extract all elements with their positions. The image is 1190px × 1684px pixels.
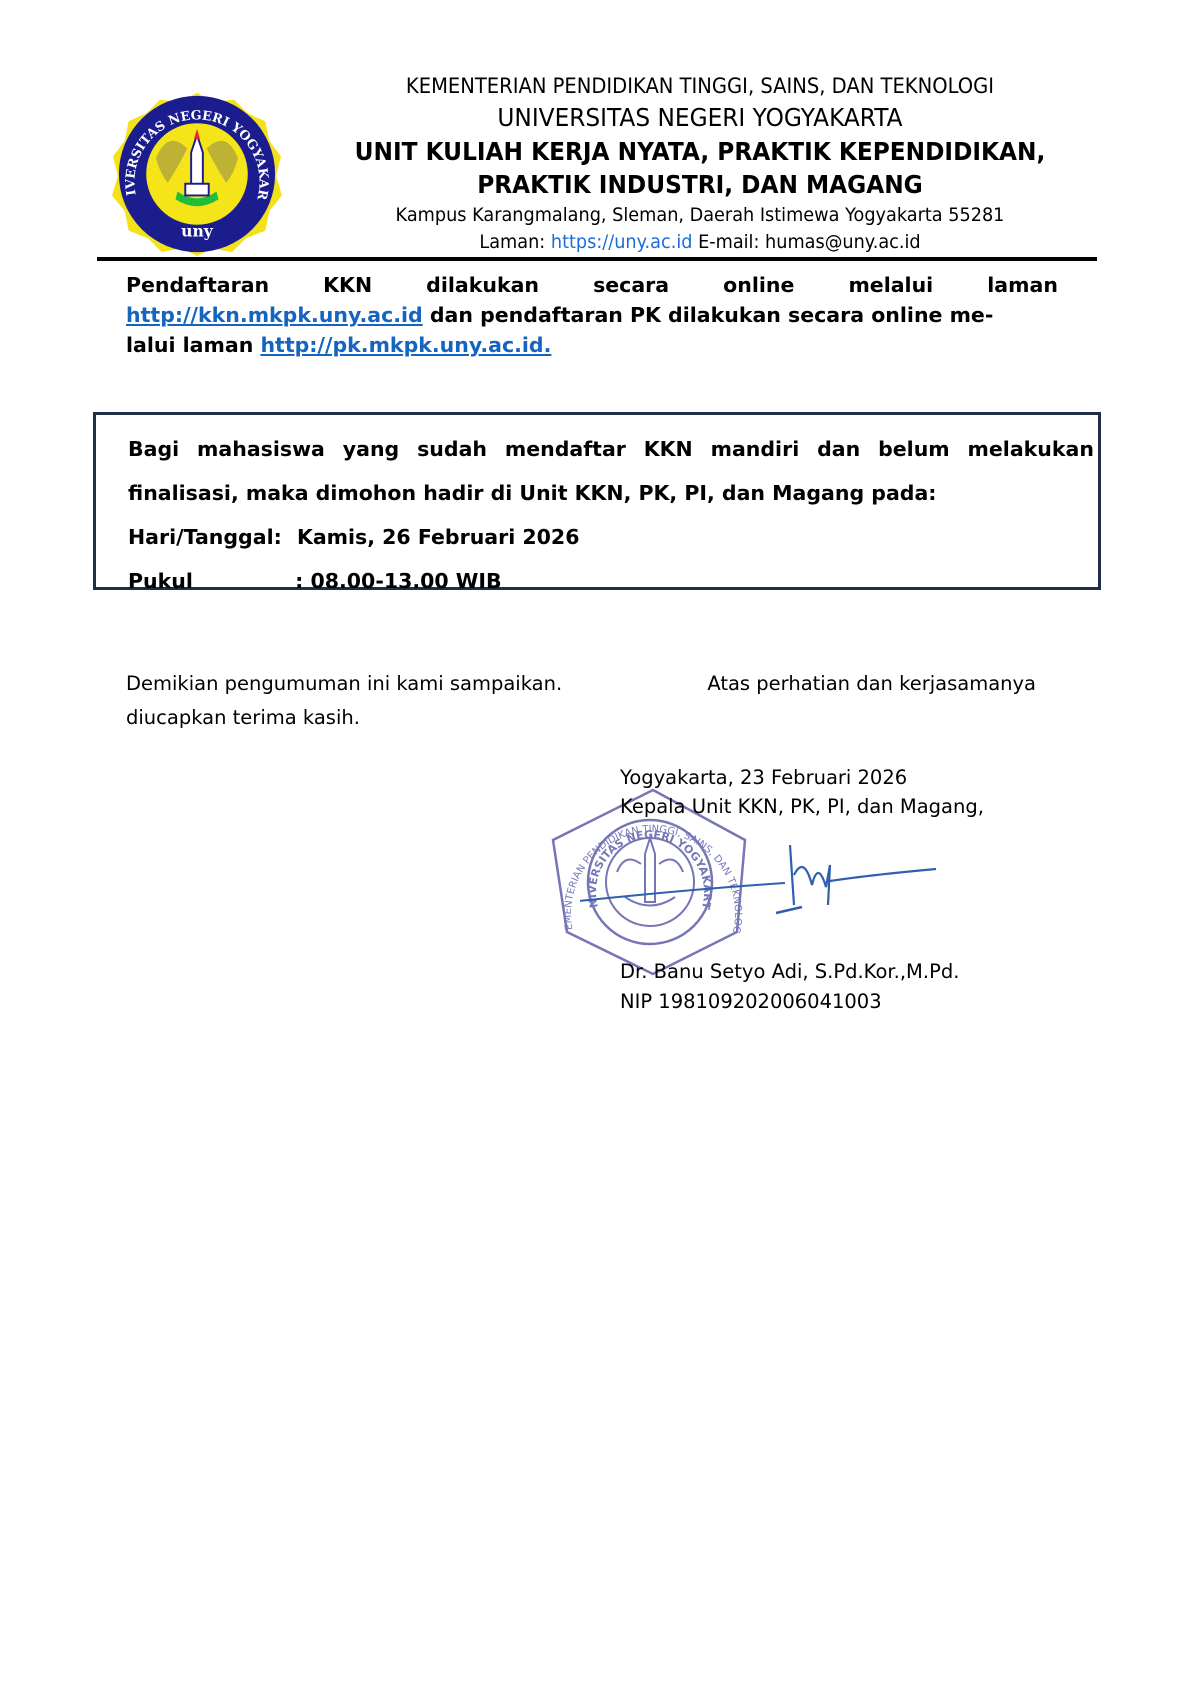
time-value: : 08.00-13.00 WIB — [295, 569, 502, 593]
registration-paragraph: PendaftaranKKNdilakukansecaraonlinemelal… — [126, 270, 1058, 360]
signatory-position: Kepala Unit KKN, PK, PI, dan Magang, — [620, 792, 984, 821]
pk-registration-link[interactable]: http://pk.mkpk.uny.ac.id. — [260, 333, 551, 357]
signatory-name: Dr. Banu Setyo Adi, S.Pd.Kor.,M.Pd. — [620, 957, 959, 987]
registration-line3: lalui laman http://pk.mkpk.uny.ac.id. — [126, 330, 1058, 360]
unit-name-line2: PRAKTIK INDUSTRI, DAN MAGANG — [379, 170, 1021, 199]
notice-time-row: Pukul : 08.00-13.00 WIB — [128, 559, 1094, 603]
notice-word: yang — [343, 427, 399, 471]
notice-box: BagimahasiswayangsudahmendaftarKKNmandir… — [93, 412, 1101, 590]
ministry-name: KEMENTERIAN PENDIDIKAN TINGGI, SAINS, DA… — [379, 74, 1021, 98]
notice-word: KKN — [644, 427, 693, 471]
registration-word: online — [723, 270, 794, 300]
registration-word: KKN — [323, 270, 372, 300]
unit-name-line1: UNIT KULIAH KERJA NYATA, PRAKTIK KEPENDI… — [328, 137, 1072, 166]
website-link[interactable]: https://uny.ac.id — [551, 231, 693, 253]
contact-line: Laman: https://uny.ac.id E-mail: humas@u… — [379, 231, 1021, 253]
closing-text-b: Atas perhatian dan kerjasamanya — [707, 667, 1036, 701]
notice-word: mendaftar — [505, 427, 626, 471]
signatory-nip: NIP 198109202006041003 — [620, 987, 959, 1017]
registration-word: dilakukan — [426, 270, 539, 300]
closing-text-a: Demikian pengumuman ini kami sampaikan. — [126, 667, 562, 701]
university-name: UNIVERSITAS NEGERI YOGYAKARTA — [379, 103, 1021, 132]
address: Kampus Karangmalang, Sleman, Daerah Isti… — [379, 204, 1021, 226]
notice-word: mandiri — [711, 427, 800, 471]
svg-text:uny: uny — [181, 221, 214, 240]
closing-line2: diucapkan terima kasih. — [126, 701, 1036, 735]
place-date: Yogyakarta, 23 Februari 2026 — [620, 763, 984, 792]
website-label: Laman: — [479, 231, 545, 253]
registration-word: secara — [593, 270, 669, 300]
kkn-registration-link[interactable]: http://kkn.mkpk.uny.ac.id — [126, 303, 423, 327]
notice-word: mahasiswa — [197, 427, 325, 471]
signature-icon — [580, 845, 940, 925]
notice-word: dan — [817, 427, 860, 471]
registration-word: Pendaftaran — [126, 270, 269, 300]
date-value: Kamis, 26 Februari 2026 — [297, 525, 580, 549]
notice-date-row: Hari/Tanggal: Kamis, 26 Februari 2026 — [128, 515, 1094, 559]
signature-header: Yogyakarta, 23 Februari 2026 Kepala Unit… — [620, 763, 984, 821]
closing-paragraph: Demikian pengumuman ini kami sampaikan. … — [126, 667, 1036, 735]
email-label: E-mail: — [698, 231, 759, 253]
registration-line2-text: dan pendaftaran PK dilakukan secara onli… — [430, 303, 994, 327]
notice-line1: BagimahasiswayangsudahmendaftarKKNmandir… — [128, 427, 1094, 471]
registration-word: laman — [987, 270, 1058, 300]
registration-word: melalui — [848, 270, 933, 300]
university-logo-icon: uny UNIVERSITAS NEGERI YOGYAKARTA — [108, 90, 286, 256]
notice-word: sudah — [417, 427, 487, 471]
notice-word: Bagi — [128, 427, 179, 471]
closing-line1: Demikian pengumuman ini kami sampaikan. … — [126, 667, 1036, 701]
registration-line1: PendaftaranKKNdilakukansecaraonlinemelal… — [126, 270, 1058, 300]
notice-word: melakukan — [968, 427, 1094, 471]
date-label: Hari/Tanggal: — [128, 525, 282, 549]
registration-line2: http://kkn.mkpk.uny.ac.id dan pendaftara… — [126, 300, 1058, 330]
signatory-details: Dr. Banu Setyo Adi, S.Pd.Kor.,M.Pd. NIP … — [620, 957, 959, 1017]
registration-line3-text: lalui laman — [126, 333, 253, 357]
time-label: Pukul — [128, 559, 288, 603]
email-address[interactable]: humas@uny.ac.id — [765, 231, 921, 253]
notice-line2: finalisasi, maka dimohon hadir di Unit K… — [128, 471, 1094, 515]
notice-word: belum — [878, 427, 950, 471]
header-divider — [97, 257, 1097, 261]
